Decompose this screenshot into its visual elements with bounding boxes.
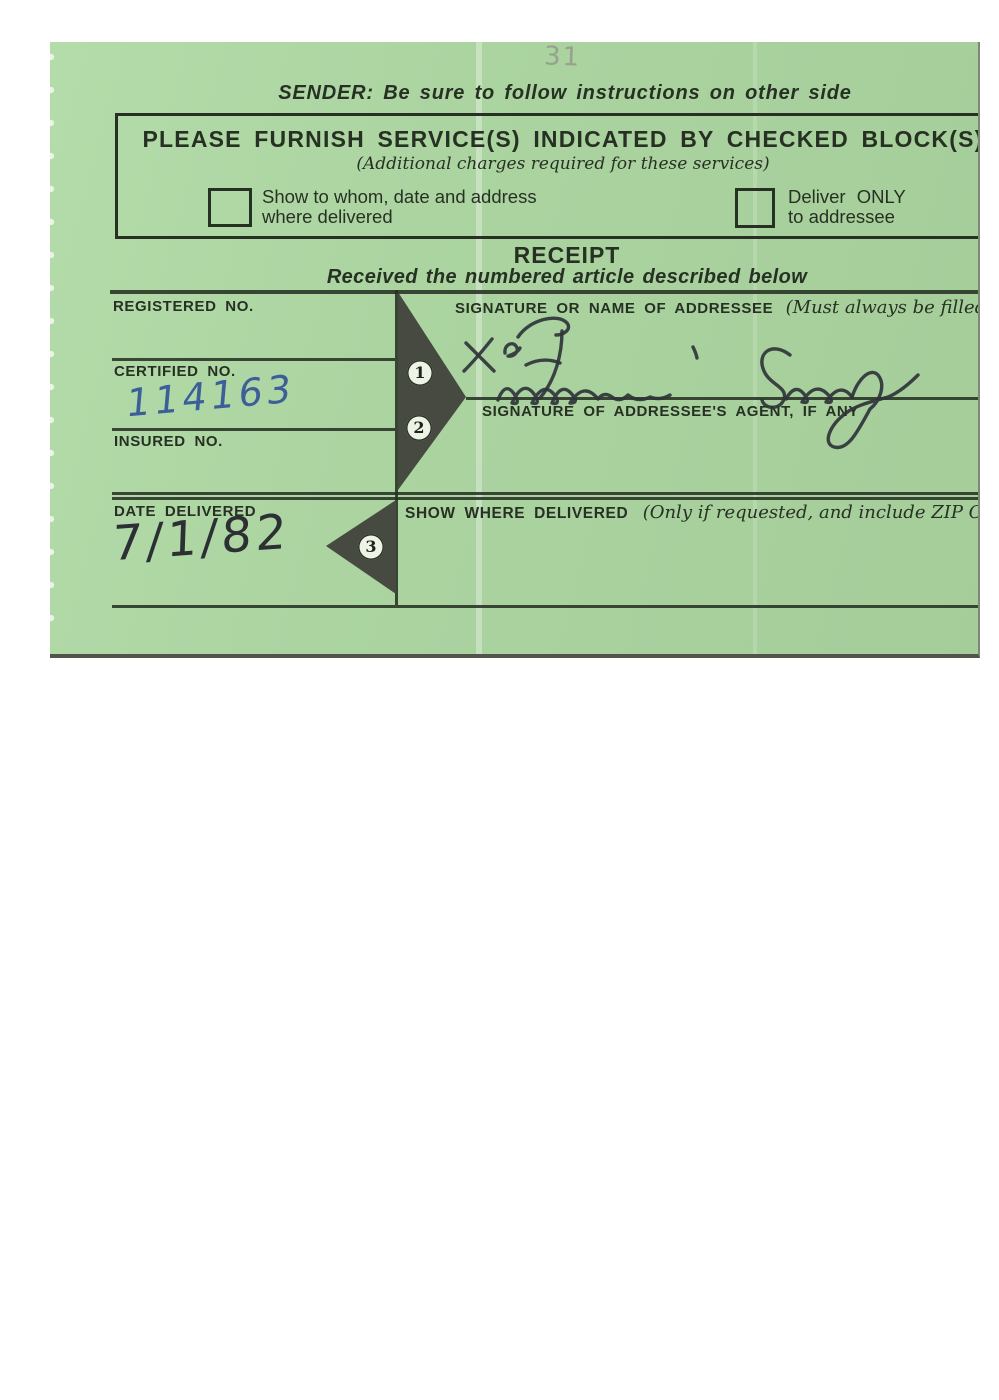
receipt-title: RECEIPT — [110, 242, 980, 269]
registered-no-label: REGISTERED NO. — [113, 298, 254, 315]
scanned-page: 31 SENDER: Be sure to follow instruction… — [0, 0, 999, 1400]
pencil-note: 31 — [543, 42, 581, 73]
date-row-rule-lower — [112, 497, 978, 500]
step-3-marker: 3 — [358, 534, 384, 560]
return-receipt-card: 31 SENDER: Be sure to follow instruction… — [50, 42, 980, 658]
table-top-rule — [110, 290, 978, 294]
checkbox-deliver-only-label-line2: to addressee — [788, 206, 895, 228]
service-box-title: PLEASE FURNISH SERVICE(S) INDICATED BY C… — [118, 126, 980, 153]
show-where-delivered-label: SHOW WHERE DELIVERED — [405, 505, 628, 522]
date-row-rule-upper — [112, 492, 978, 495]
checkbox-show-to-whom — [208, 188, 252, 227]
addressee-signature-handwriting — [450, 305, 930, 465]
date-delivered-value: 7/1/82 — [111, 504, 291, 573]
certified-insured-divider — [112, 428, 395, 431]
checkbox-deliver-only — [735, 188, 775, 228]
bottom-rule — [112, 605, 978, 608]
insured-no-label: INSURED NO. — [114, 433, 223, 450]
sender-instruction-line: SENDER: Be sure to follow instructions o… — [110, 82, 980, 105]
perforation-edge — [50, 50, 55, 646]
registered-certified-divider — [112, 358, 395, 361]
checkbox-deliver-only-label-line1: Deliver ONLY — [788, 186, 906, 208]
receipt-subtitle: Received the numbered article described … — [110, 266, 980, 289]
checkbox-show-to-whom-label-line2: where delivered — [262, 206, 393, 228]
step-1-marker: 1 — [407, 360, 433, 386]
checkbox-show-to-whom-label-line1: Show to whom, date and address — [262, 186, 537, 208]
show-where-delivered-note: (Only if requested, and include ZIP C — [643, 502, 980, 523]
step-2-marker: 2 — [406, 415, 432, 441]
service-box-subtitle: (Additional charges required for these s… — [118, 154, 980, 174]
